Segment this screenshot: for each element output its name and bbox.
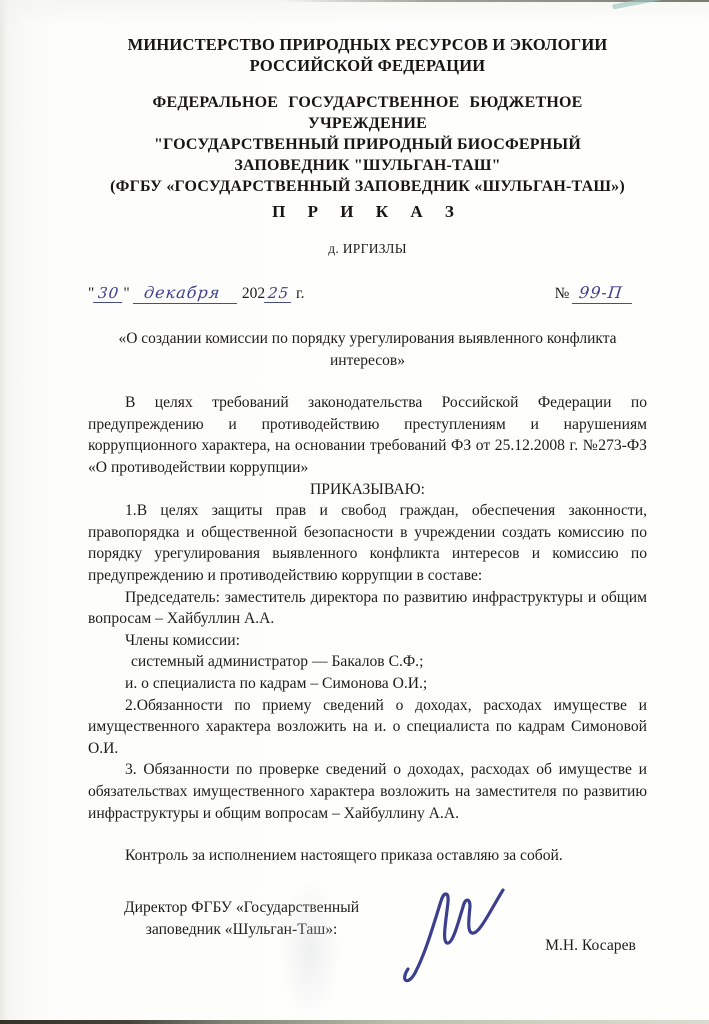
org-line-1: ФЕДЕРАЛЬНОЕ ГОСУДАРСТВЕННОЕ БЮДЖЕТНОЕ xyxy=(88,92,647,113)
paragraph-member-1: системный администратор — Бакалов С.Ф.; xyxy=(88,651,647,673)
scanned-order-page: МИНИСТЕРСТВО ПРИРОДНЫХ РЕСУРСОВ И ЭКОЛОГ… xyxy=(0,0,709,1024)
order-title: «О создании комиссии по порядку урегулир… xyxy=(115,328,620,371)
signature-icon xyxy=(395,875,505,987)
signatory-name: М.Н. Косарев xyxy=(545,937,636,955)
document-type-heading: П Р И К А З xyxy=(88,201,647,223)
place-line: д. ИРГИЗЛЫ xyxy=(88,241,647,257)
paragraph-preamble: В целях требований законодательства Росс… xyxy=(88,392,647,478)
date-and-number-row: "30" декабря 20225 г. № 99-П xyxy=(88,283,647,304)
handwritten-order-number: 99-П xyxy=(572,283,634,304)
signature-block: Директор ФГБУ «Государственный заповедни… xyxy=(88,897,647,987)
order-number-field: № 99-П xyxy=(555,283,633,304)
org-line-5: (ФГБУ «ГОСУДАРСТВЕННЫЙ ЗАПОВЕДНИК «ШУЛЬГ… xyxy=(88,176,647,197)
handwritten-year-digits: 25 xyxy=(264,284,293,303)
paragraph-prikaz: ПРИКАЗЫВАЮ: xyxy=(88,479,647,501)
organization-header: ФЕДЕРАЛЬНОЕ ГОСУДАРСТВЕННОЕ БЮДЖЕТНОЕ УЧ… xyxy=(88,92,647,224)
scan-smudge xyxy=(280,880,340,1020)
handwritten-month: декабря xyxy=(133,283,240,304)
paragraph-member-2: и. о специалиста по кадрам – Симонова О.… xyxy=(88,673,647,695)
scan-bottom-edge-line xyxy=(0,1020,709,1024)
year-suffix: г. xyxy=(296,285,304,302)
handwritten-day: 30 xyxy=(93,284,124,303)
paragraph-item-1: 1.В целях защиты прав и свобод граждан, … xyxy=(88,500,647,586)
date-field: "30" декабря 20225 г. xyxy=(88,283,305,304)
ministry-header: МИНИСТЕРСТВО ПРИРОДНЫХ РЕСУРСОВ И ЭКОЛОГ… xyxy=(88,34,647,77)
year-printed: 202 xyxy=(242,285,265,302)
ministry-line-2: РОССИЙСКОЙ ФЕДЕРАЦИИ xyxy=(88,55,647,76)
paragraph-item-3: 3. Обязанности по проверке сведений о до… xyxy=(88,759,647,824)
paragraph-members-heading: Члены комиссии: xyxy=(88,630,647,652)
paragraph-item-2: 2.Обязанности по приему сведений о доход… xyxy=(88,695,647,760)
paragraph-control: Контроль за исполнением настоящего прика… xyxy=(88,845,647,867)
order-body: В целях требований законодательства Росс… xyxy=(88,392,647,866)
org-line-2: УЧРЕЖДЕНИЕ xyxy=(88,113,647,134)
org-line-3: "ГОСУДАРСТВЕННЫЙ ПРИРОДНЫЙ БИОСФЕРНЫЙ xyxy=(88,134,647,155)
ministry-line-1: МИНИСТЕРСТВО ПРИРОДНЫХ РЕСУРСОВ И ЭКОЛОГ… xyxy=(88,34,647,55)
number-label: № xyxy=(555,285,570,302)
date-close-quote: " xyxy=(123,285,129,302)
org-line-4: ЗАПОВЕДНИК "ШУЛЬГАН-ТАШ" xyxy=(88,155,647,176)
document-content: МИНИСТЕРСТВО ПРИРОДНЫХ РЕСУРСОВ И ЭКОЛОГ… xyxy=(0,0,709,987)
paragraph-chairman: Председатель: заместитель директора по р… xyxy=(88,587,647,630)
